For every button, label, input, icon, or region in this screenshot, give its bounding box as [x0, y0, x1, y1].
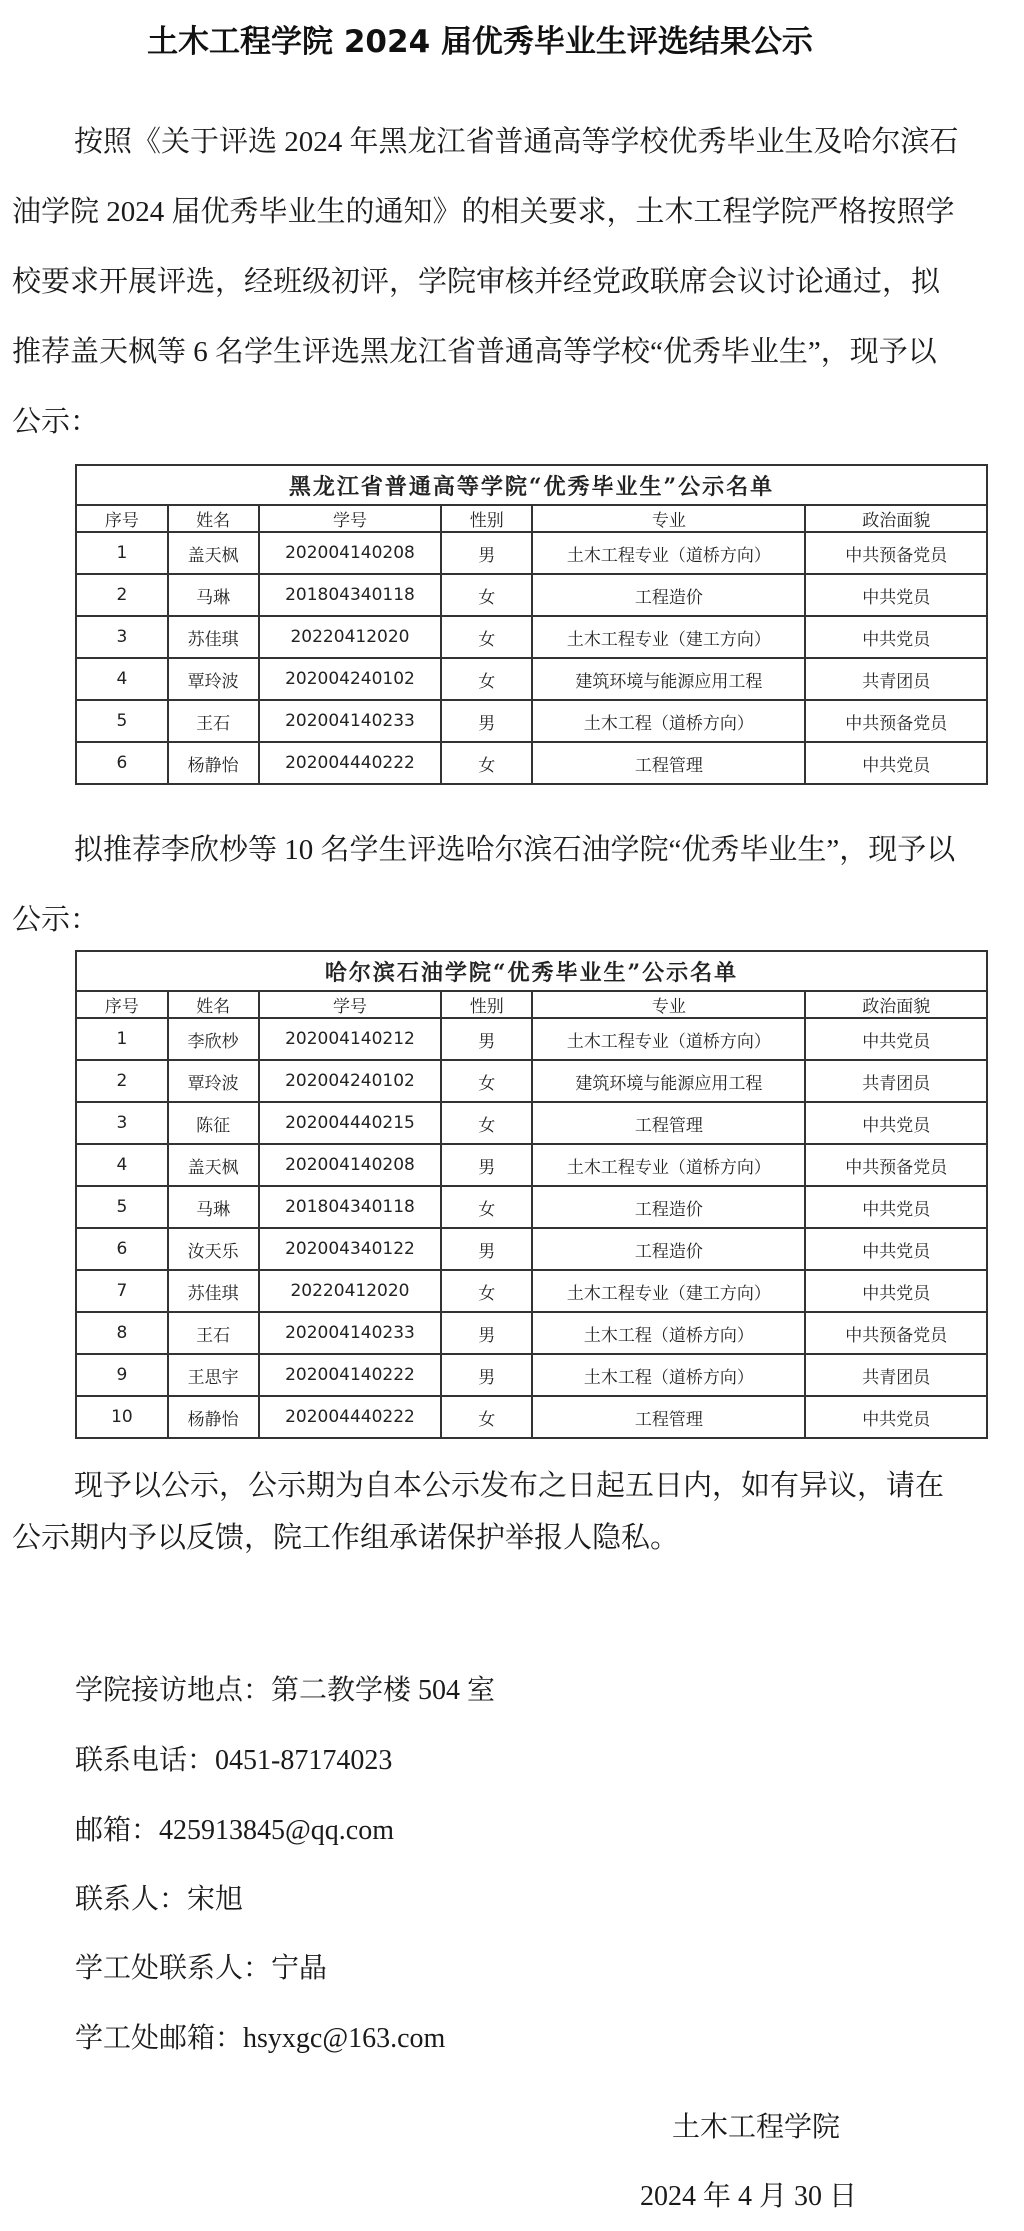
cell-name: 王思宇	[168, 1354, 259, 1396]
cell-student-id: 202004140233	[259, 700, 442, 742]
cell-index: 1	[76, 1018, 168, 1060]
cell-political-status: 中共预备党员	[805, 1312, 987, 1354]
cell-index: 4	[76, 1144, 168, 1186]
col-header-index: 序号	[76, 991, 168, 1018]
cell-student-id: 202004240102	[259, 1060, 442, 1102]
table-row: 6杨静怡202004440222女工程管理中共党员	[76, 742, 987, 784]
cell-political-status: 中共党员	[805, 616, 987, 658]
col-header-gender: 性别	[441, 991, 532, 1018]
cell-major: 土木工程专业（道桥方向）	[532, 1018, 805, 1060]
cell-major: 工程造价	[532, 1228, 805, 1270]
table-row: 5马琳201804340118女工程造价中共党员	[76, 1186, 987, 1228]
col-header-political-status: 政治面貌	[805, 505, 987, 532]
cell-major: 工程造价	[532, 574, 805, 616]
cell-major: 工程管理	[532, 742, 805, 784]
table-header-row: 序号 姓名 学号 性别 专业 政治面貌	[76, 505, 987, 532]
table-row: 9王思宇202004140222男土木工程（道桥方向）共青团员	[76, 1354, 987, 1396]
cell-gender: 男	[441, 1312, 532, 1354]
cell-name: 杨静怡	[168, 742, 259, 784]
cell-student-id: 202004440222	[259, 1396, 442, 1438]
table-row: 7苏佳琪20220412020女土木工程专业（建工方向）中共党员	[76, 1270, 987, 1312]
cell-student-id: 201804340118	[259, 574, 442, 616]
cell-name: 马琳	[168, 574, 259, 616]
table-row: 8王石202004140233男土木工程（道桥方向）中共预备党员	[76, 1312, 987, 1354]
cell-major: 土木工程专业（道桥方向）	[532, 532, 805, 574]
cell-political-status: 共青团员	[805, 1354, 987, 1396]
provincial-roster-table: 黑龙江省普通高等学院“优秀毕业生”公示名单 序号 姓名 学号 性别 专业 政治面…	[75, 464, 988, 785]
table-row: 10杨静怡202004440222女工程管理中共党员	[76, 1396, 987, 1438]
cell-index: 10	[76, 1396, 168, 1438]
intro-paragraph: 按照《关于评选 2024 年黑龙江省普通高等学校优秀毕业生及哈尔滨石油学院 20…	[12, 107, 962, 457]
table-row: 4盖天枫202004140208男土木工程专业（道桥方向）中共预备党员	[76, 1144, 987, 1186]
cell-student-id: 202004340122	[259, 1228, 442, 1270]
closing-text: 现予以公示，公示期为自本公示发布之日起五日内，如有异议，请在公示期内予以反馈，院…	[12, 1470, 944, 1554]
cell-name: 王石	[168, 700, 259, 742]
table-row: 1李欣杪202004140212男土木工程专业（道桥方向）中共党员	[76, 1018, 987, 1060]
contact-address: 学院接访地点：第二教学楼 504 室	[75, 1668, 495, 1708]
cell-gender: 女	[441, 1396, 532, 1438]
cell-major: 建筑环境与能源应用工程	[532, 658, 805, 700]
cell-name: 盖天枫	[168, 1144, 259, 1186]
cell-major: 土木工程（道桥方向）	[532, 1354, 805, 1396]
col-header-major: 专业	[532, 991, 805, 1018]
cell-index: 5	[76, 700, 168, 742]
student-affairs-email[interactable]: 学工处邮箱：hsyxgc@163.com	[75, 2016, 445, 2056]
cell-index: 9	[76, 1354, 168, 1396]
cell-name: 李欣杪	[168, 1018, 259, 1060]
table-row: 3陈征202004440215女工程管理中共党员	[76, 1102, 987, 1144]
cell-student-id: 20220412020	[259, 616, 442, 658]
cell-name: 汝天乐	[168, 1228, 259, 1270]
cell-student-id: 202004140212	[259, 1018, 442, 1060]
table-row: 4覃玲波202004240102女建筑环境与能源应用工程共青团员	[76, 658, 987, 700]
cell-political-status: 中共党员	[805, 1270, 987, 1312]
cell-name: 覃玲波	[168, 658, 259, 700]
col-header-name: 姓名	[168, 505, 259, 532]
cell-index: 3	[76, 616, 168, 658]
cell-major: 建筑环境与能源应用工程	[532, 1060, 805, 1102]
cell-political-status: 中共党员	[805, 1186, 987, 1228]
cell-political-status: 共青团员	[805, 658, 987, 700]
table-row: 5王石202004140233男土木工程（道桥方向）中共预备党员	[76, 700, 987, 742]
notice-title: 土木工程学院 2024 届优秀毕业生评选结果公示	[0, 16, 960, 61]
closing-paragraph: 现予以公示，公示期为自本公示发布之日起五日内，如有异议，请在公示期内予以反馈，院…	[12, 1460, 962, 1564]
col-header-political-status: 政治面貌	[805, 991, 987, 1018]
cell-political-status: 中共预备党员	[805, 1144, 987, 1186]
table2-body: 1李欣杪202004140212男土木工程专业（道桥方向）中共党员2覃玲波202…	[76, 1018, 987, 1438]
cell-index: 3	[76, 1102, 168, 1144]
cell-name: 马琳	[168, 1186, 259, 1228]
cell-major: 土木工程专业（建工方向）	[532, 616, 805, 658]
cell-gender: 女	[441, 616, 532, 658]
table-row: 1盖天枫202004140208男土木工程专业（道桥方向）中共预备党员	[76, 532, 987, 574]
cell-gender: 女	[441, 658, 532, 700]
table-header-row: 序号 姓名 学号 性别 专业 政治面貌	[76, 991, 987, 1018]
cell-political-status: 中共预备党员	[805, 532, 987, 574]
col-header-student-id: 学号	[259, 505, 442, 532]
cell-gender: 女	[441, 1186, 532, 1228]
cell-student-id: 202004240102	[259, 658, 442, 700]
college-roster-table: 哈尔滨石油学院“优秀毕业生”公示名单 序号 姓名 学号 性别 专业 政治面貌 1…	[75, 950, 988, 1439]
table1-body: 1盖天枫202004140208男土木工程专业（道桥方向）中共预备党员2马琳20…	[76, 532, 987, 784]
cell-political-status: 中共党员	[805, 1228, 987, 1270]
table-row: 3苏佳琪20220412020女土木工程专业（建工方向）中共党员	[76, 616, 987, 658]
cell-student-id: 202004440215	[259, 1102, 442, 1144]
cell-major: 工程造价	[532, 1186, 805, 1228]
table-row: 2覃玲波202004240102女建筑环境与能源应用工程共青团员	[76, 1060, 987, 1102]
cell-gender: 女	[441, 742, 532, 784]
cell-gender: 男	[441, 1228, 532, 1270]
col-header-name: 姓名	[168, 991, 259, 1018]
cell-index: 2	[76, 574, 168, 616]
table-row: 2马琳201804340118女工程造价中共党员	[76, 574, 987, 616]
cell-name: 苏佳琪	[168, 1270, 259, 1312]
cell-student-id: 202004140208	[259, 532, 442, 574]
intro-text: 按照《关于评选 2024 年黑龙江省普通高等学校优秀毕业生及哈尔滨石油学院 20…	[12, 126, 959, 438]
cell-student-id: 20220412020	[259, 1270, 442, 1312]
cell-index: 2	[76, 1060, 168, 1102]
col-header-index: 序号	[76, 505, 168, 532]
cell-major: 土木工程（道桥方向）	[532, 1312, 805, 1354]
cell-major: 土木工程（道桥方向）	[532, 700, 805, 742]
cell-index: 4	[76, 658, 168, 700]
cell-student-id: 201804340118	[259, 1186, 442, 1228]
cell-gender: 女	[441, 1102, 532, 1144]
cell-gender: 女	[441, 1060, 532, 1102]
cell-major: 土木工程专业（建工方向）	[532, 1270, 805, 1312]
col-header-student-id: 学号	[259, 991, 442, 1018]
contact-email[interactable]: 邮箱：425913845@qq.com	[75, 1808, 394, 1848]
table-caption: 哈尔滨石油学院“优秀毕业生”公示名单	[76, 951, 987, 991]
cell-name: 杨静怡	[168, 1396, 259, 1438]
cell-gender: 男	[441, 1354, 532, 1396]
cell-student-id: 202004140233	[259, 1312, 442, 1354]
cell-gender: 男	[441, 1144, 532, 1186]
cell-major: 工程管理	[532, 1102, 805, 1144]
cell-name: 陈征	[168, 1102, 259, 1144]
cell-political-status: 中共党员	[805, 742, 987, 784]
cell-index: 6	[76, 1228, 168, 1270]
signoff-date: 2024 年 4 月 30 日	[640, 2174, 857, 2214]
cell-gender: 男	[441, 532, 532, 574]
cell-major: 工程管理	[532, 1396, 805, 1438]
cell-gender: 女	[441, 574, 532, 616]
cell-index: 6	[76, 742, 168, 784]
cell-political-status: 中共预备党员	[805, 700, 987, 742]
table-caption: 黑龙江省普通高等学院“优秀毕业生”公示名单	[76, 465, 987, 505]
signoff-org: 土木工程学院	[672, 2105, 840, 2145]
cell-index: 8	[76, 1312, 168, 1354]
cell-name: 王石	[168, 1312, 259, 1354]
cell-political-status: 共青团员	[805, 1060, 987, 1102]
cell-index: 5	[76, 1186, 168, 1228]
cell-political-status: 中共党员	[805, 574, 987, 616]
col-header-major: 专业	[532, 505, 805, 532]
middle-paragraph: 拟推荐李欣杪等 10 名学生评选哈尔滨石油学院“优秀毕业生”，现予以公示：	[12, 815, 962, 955]
student-affairs-contact: 学工处联系人：宁晶	[75, 1946, 327, 1986]
cell-index: 7	[76, 1270, 168, 1312]
cell-name: 覃玲波	[168, 1060, 259, 1102]
cell-major: 土木工程专业（道桥方向）	[532, 1144, 805, 1186]
cell-gender: 女	[441, 1270, 532, 1312]
cell-political-status: 中共党员	[805, 1102, 987, 1144]
contact-person: 联系人：宋旭	[75, 1877, 243, 1917]
contact-phone: 联系电话：0451-87174023	[75, 1738, 392, 1778]
cell-index: 1	[76, 532, 168, 574]
cell-student-id: 202004440222	[259, 742, 442, 784]
cell-gender: 男	[441, 1018, 532, 1060]
cell-student-id: 202004140208	[259, 1144, 442, 1186]
cell-name: 苏佳琪	[168, 616, 259, 658]
cell-political-status: 中共党员	[805, 1396, 987, 1438]
col-header-gender: 性别	[441, 505, 532, 532]
middle-text: 拟推荐李欣杪等 10 名学生评选哈尔滨石油学院“优秀毕业生”，现予以公示：	[12, 834, 955, 936]
table-row: 6汝天乐202004340122男工程造价中共党员	[76, 1228, 987, 1270]
cell-political-status: 中共党员	[805, 1018, 987, 1060]
cell-name: 盖天枫	[168, 532, 259, 574]
cell-student-id: 202004140222	[259, 1354, 442, 1396]
cell-gender: 男	[441, 700, 532, 742]
